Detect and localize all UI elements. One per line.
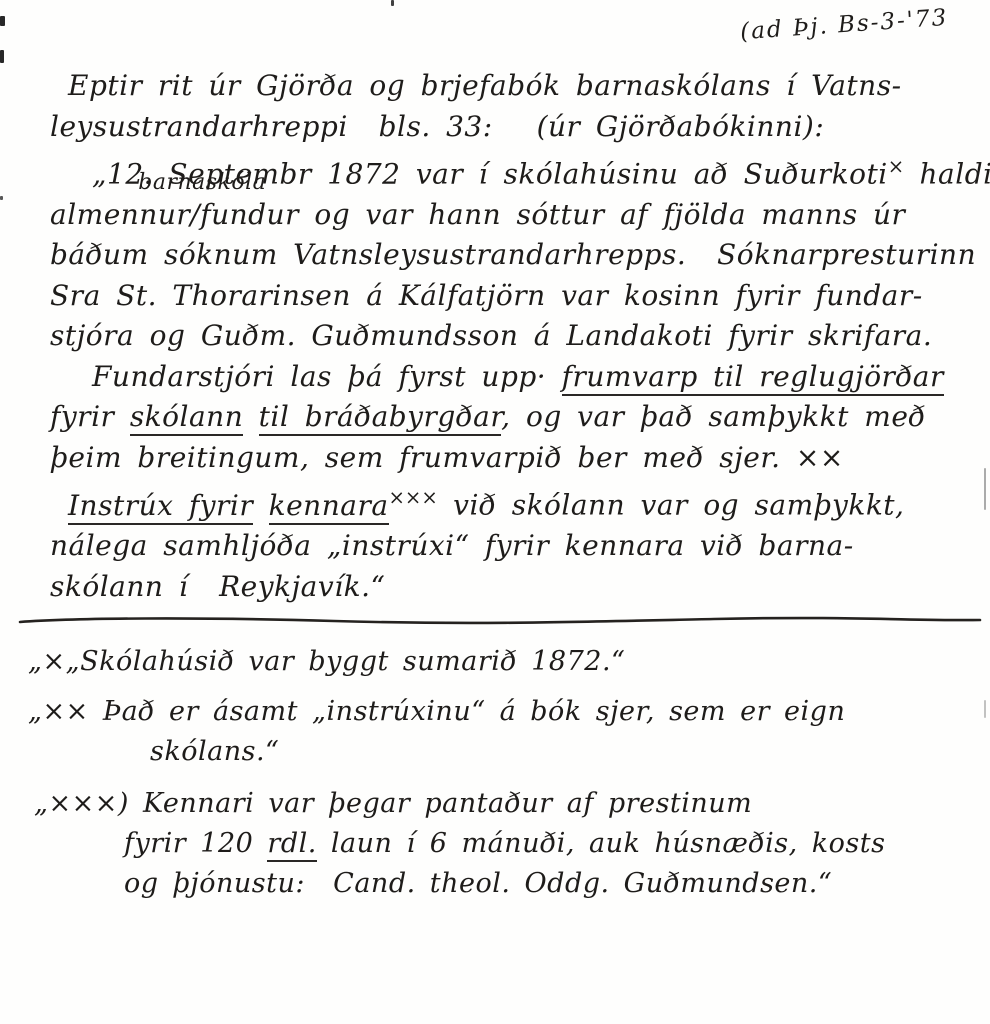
separator-line xyxy=(14,613,986,627)
handwritten-line: fyrir skólann til bráðabyrgðar, og var þ… xyxy=(50,397,966,438)
text-segment: skólans.“ xyxy=(150,736,279,767)
handwritten-line: fyrir 120 rdl. laun í 6 mánuði, auk húsn… xyxy=(124,824,966,864)
text-segment: , og var það samþykkt með xyxy=(501,400,926,433)
handwritten-line: „×„Skólahúsið var byggt sumarið 1872.“ xyxy=(28,642,966,682)
text-segment: nálega samhljóða „instrúxi“ fyrir kennar… xyxy=(50,529,854,562)
text-segment: Eptir rit úr Gjörða og brjefabók barnask… xyxy=(68,69,902,102)
scan-speck xyxy=(391,0,394,6)
text-segment: fyrir xyxy=(50,400,130,433)
handwritten-line: almennurbarnaskóla∕fundur og var hann só… xyxy=(50,195,966,236)
text-segment: við skólann var og samþykkt, xyxy=(438,489,905,522)
text-segment: kennara xyxy=(269,489,389,525)
scan-speck xyxy=(984,468,986,510)
text-segment: til bráðabyrgðar xyxy=(259,400,502,436)
handwritten-line: „×××) Kennari var þegar pantaður af pres… xyxy=(34,784,966,824)
text-segment: rdl. xyxy=(267,828,316,862)
handwritten-line: nálega samhljóða „instrúxi“ fyrir kennar… xyxy=(50,526,966,567)
handwritten-line: þeim breitingum, sem frumvarpið ber með … xyxy=(50,438,966,479)
text-segment: báðum sóknum Vatnsleysustrandarhrepps. S… xyxy=(50,238,976,271)
text-segment: skólann xyxy=(130,400,243,436)
handwritten-line: Instrúx fyrir kennara××× við skólann var… xyxy=(68,478,966,526)
handwritten-line: stjóra og Guðm. Guðmundsson á Landakoti … xyxy=(50,316,966,357)
text-segment: frumvarp til reglugjörðar xyxy=(562,360,944,396)
text-segment: „×× Það er ásamt „instrúxinu“ á bók sjer… xyxy=(28,696,845,727)
handwritten-line: og þjónustu: Cand. theol. Oddg. Guðmunds… xyxy=(124,864,966,904)
text-segment xyxy=(253,489,268,522)
text-segment: Sra St. Thorarinsen á Kálfatjörn var kos… xyxy=(50,279,923,312)
footnotes-section: „×„Skólahúsið var byggt sumarið 1872.“„×… xyxy=(28,642,966,904)
reference-mark: × xyxy=(888,155,904,178)
handwritten-line: skólans.“ xyxy=(150,732,966,772)
text-segment: „×××) Kennari var þegar pantaður af pres… xyxy=(34,788,752,819)
text-segment xyxy=(243,400,258,433)
scan-speck xyxy=(0,196,3,200)
text-segment: skólann í Reykjavík.“ xyxy=(50,570,385,603)
text-segment: ∕fundur og var hann sóttur af fjölda man… xyxy=(190,198,905,231)
reference-mark: ××× xyxy=(389,486,438,509)
body-lines: Eptir rit úr Gjörða og brjefabók barnask… xyxy=(50,66,966,607)
handwritten-line: Fundarstjóri las þá fyrst upp· frumvarp … xyxy=(92,357,966,398)
text-segment: þeim breitingum, sem frumvarpið ber með … xyxy=(50,441,844,474)
handwritten-line: báðum sóknum Vatnsleysustrandarhrepps. S… xyxy=(50,235,966,276)
text-segment: laun í 6 mánuði, auk húsnæðis, kosts xyxy=(317,828,886,859)
handwritten-line: Eptir rit úr Gjörða og brjefabók barnask… xyxy=(68,66,966,107)
text-segment: „×„Skólahúsið var byggt sumarið 1872.“ xyxy=(28,646,625,677)
text-segment: stjóra og Guðm. Guðmundsson á Landakoti … xyxy=(50,319,932,352)
text-segment: Instrúx fyrir xyxy=(68,489,253,525)
text-segment: og þjónustu: Cand. theol. Oddg. Guðmunds… xyxy=(124,868,832,899)
text-segment: haldinn xyxy=(904,157,990,190)
interline-insertion-text: barnaskóla xyxy=(138,163,266,204)
archival-reference-note: (ad Þj. Bs-3-'73 xyxy=(739,5,949,45)
text-segment: leysustrandarhreppi bls. 33: (úr Gjörðab… xyxy=(50,110,824,143)
handwritten-line: skólann í Reykjavík.“ xyxy=(50,567,966,608)
scan-speck xyxy=(0,50,4,63)
text-segment: Fundarstjóri las þá fyrst upp· xyxy=(92,360,562,393)
text-segment: fyrir 120 xyxy=(124,828,267,859)
scan-speck xyxy=(0,16,5,26)
handwritten-line: leysustrandarhreppi bls. 33: (úr Gjörðab… xyxy=(50,107,966,148)
handwritten-line: „×× Það er ásamt „instrúxinu“ á bók sjer… xyxy=(28,692,966,732)
scanned-page: (ad Þj. Bs-3-'73 Eptir rit úr Gjörða og … xyxy=(0,0,990,1024)
scan-speck xyxy=(984,700,986,718)
handwritten-line: Sra St. Thorarinsen á Kálfatjörn var kos… xyxy=(50,276,966,317)
